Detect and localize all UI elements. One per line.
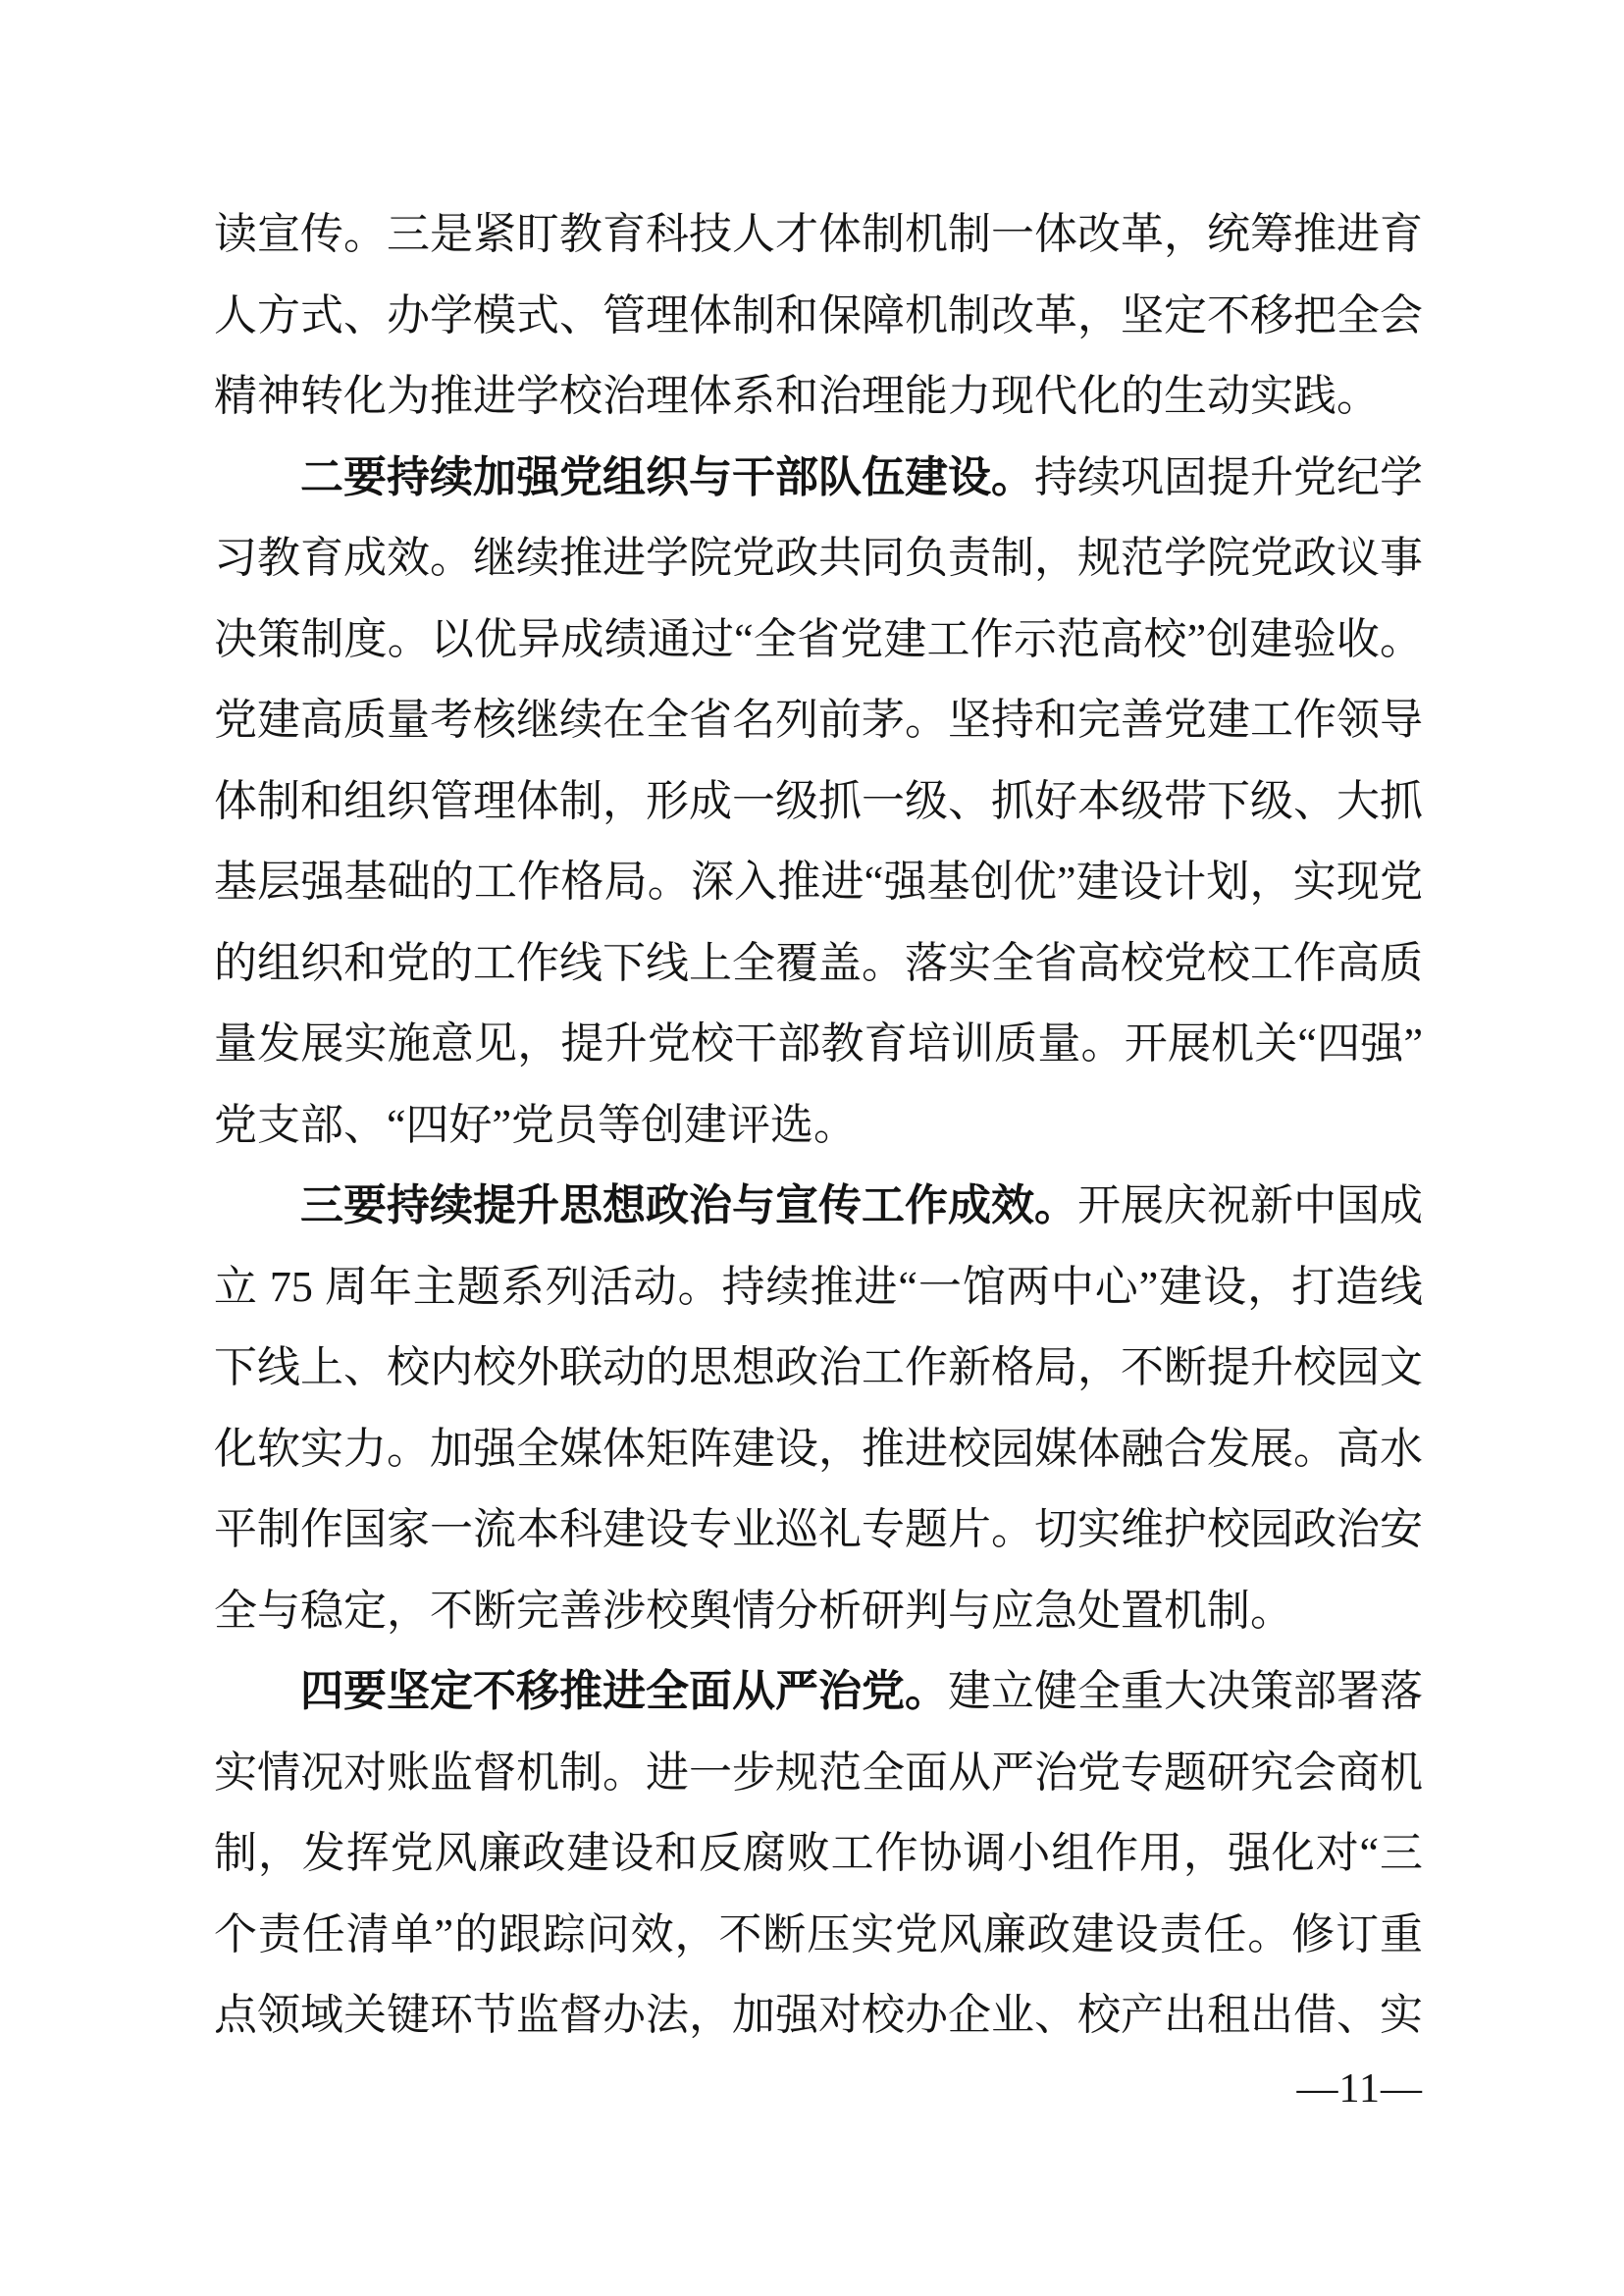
line-text: 持续巩固提升党纪学 — [1034, 453, 1423, 501]
line-text: 习教育成效。继续推进学院党政共同负责制，规范学院党政议事 — [214, 534, 1423, 582]
text-line: 全与稳定，不断完善涉校舆情分析研判与应急处置机制。 — [214, 1571, 1423, 1652]
line-text: 制，发挥党风廉政建设和反腐败工作协调小组作用，强化对“三 — [214, 1829, 1423, 1877]
text-line: 党支部、“四好”党员等创建评选。 — [214, 1085, 1423, 1167]
paragraph-lead-bold: 四要坚定不移推进全面从严治党。 — [300, 1667, 948, 1715]
line-text: 党建高质量考核继续在全省名列前茅。坚持和完善党建工作领导 — [214, 696, 1423, 744]
text-line: 的组织和党的工作线下线上全覆盖。落实全省高校党校工作高质 — [214, 923, 1423, 1005]
line-text: 全与稳定，不断完善涉校舆情分析研判与应急处置机制。 — [214, 1587, 1293, 1635]
text-line: 制，发挥党风廉政建设和反腐败工作协调小组作用，强化对“三 — [214, 1813, 1423, 1895]
text-line: 二要持续加强党组织与干部队伍建设。持续巩固提升党纪学 — [214, 438, 1423, 519]
text-line: 实情况对账监督机制。进一步规范全面从严治党专题研究会商机 — [214, 1733, 1423, 1814]
line-text: 党支部、“四好”党员等创建评选。 — [214, 1101, 857, 1149]
text-line: 点领域关键环节监督办法，加强对校办企业、校产出租出借、实 — [214, 1975, 1423, 2057]
line-text: 建立健全重大决策部署落 — [948, 1667, 1423, 1715]
line-text: 量发展实施意见，提升党校干部教育培训质量。开展机关“四强” — [214, 1019, 1423, 1068]
text-line: 体制和组织管理体制，形成一级抓一级、抓好本级带下级、大抓 — [214, 761, 1423, 843]
line-text: 开展庆祝新中国成 — [1077, 1181, 1423, 1229]
document-body: 读宣传。三是紧盯教育科技人才体制机制一体改革，统筹推进育人方式、办学模式、管理体… — [214, 194, 1423, 2057]
text-line: 四要坚定不移推进全面从严治党。建立健全重大决策部署落 — [214, 1651, 1423, 1733]
text-line: 决策制度。以优异成绩通过“全省党建工作示范高校”创建验收。 — [214, 600, 1423, 681]
text-line: 立 75 周年主题系列活动。持续推进“一馆两中心”建设，打造线 — [214, 1247, 1423, 1329]
line-text: 体制和组织管理体制，形成一级抓一级、抓好本级带下级、大抓 — [214, 777, 1423, 825]
line-text: 决策制度。以优异成绩通过“全省党建工作示范高校”创建验收。 — [214, 615, 1423, 663]
line-text: 下线上、校内校外联动的思想政治工作新格局，不断提升校园文 — [214, 1343, 1423, 1391]
text-line: 平制作国家一流本科建设专业巡礼专题片。切实维护校园政治安 — [214, 1489, 1423, 1571]
line-text: 的组织和党的工作线下线上全覆盖。落实全省高校党校工作高质 — [214, 939, 1423, 987]
paragraph-lead-bold: 三要持续提升思想政治与宣传工作成效。 — [300, 1181, 1077, 1229]
line-text: 点领域关键环节监督办法，加强对校办企业、校产出租出借、实 — [214, 1991, 1423, 2039]
text-line: 党建高质量考核继续在全省名列前茅。坚持和完善党建工作领导 — [214, 680, 1423, 761]
text-line: 习教育成效。继续推进学院党政共同负责制，规范学院党政议事 — [214, 518, 1423, 600]
line-text: 平制作国家一流本科建设专业巡礼专题片。切实维护校园政治安 — [214, 1505, 1423, 1553]
text-line: 量发展实施意见，提升党校干部教育培训质量。开展机关“四强” — [214, 1004, 1423, 1085]
line-text: 人方式、办学模式、管理体制和保障机制改革，坚定不移把全会 — [214, 291, 1423, 339]
text-line: 个责任清单”的跟踪问效，不断压实党风廉政建设责任。修订重 — [214, 1895, 1423, 1976]
line-text: 个责任清单”的跟踪问效，不断压实党风廉政建设责任。修订重 — [214, 1910, 1423, 1958]
line-text: 读宣传。三是紧盯教育科技人才体制机制一体改革，统筹推进育 — [214, 210, 1423, 258]
line-text: 立 75 周年主题系列活动。持续推进“一馆两中心”建设，打造线 — [214, 1263, 1423, 1311]
text-line: 三要持续提升思想政治与宣传工作成效。开展庆祝新中国成 — [214, 1166, 1423, 1247]
text-line: 基层强基础的工作格局。深入推进“强基创优”建设计划，实现党 — [214, 842, 1423, 923]
document-page: 读宣传。三是紧盯教育科技人才体制机制一体改革，统筹推进育人方式、办学模式、管理体… — [0, 0, 1624, 2296]
line-text: 精神转化为推进学校治理体系和治理能力现代化的生动实践。 — [214, 372, 1380, 420]
text-line: 精神转化为推进学校治理体系和治理能力现代化的生动实践。 — [214, 356, 1423, 438]
line-text: 基层强基础的工作格局。深入推进“强基创优”建设计划，实现党 — [214, 858, 1423, 906]
paragraph-lead-bold: 二要持续加强党组织与干部队伍建设。 — [300, 453, 1034, 501]
text-line: 人方式、办学模式、管理体制和保障机制改革，坚定不移把全会 — [214, 276, 1423, 357]
line-text: 化软实力。加强全媒体矩阵建设，推进校园媒体融合发展。高水 — [214, 1425, 1423, 1473]
text-line: 读宣传。三是紧盯教育科技人才体制机制一体改革，统筹推进育 — [214, 194, 1423, 276]
text-line: 下线上、校内校外联动的思想政治工作新格局，不断提升校园文 — [214, 1328, 1423, 1409]
page-number: —11— — [214, 2064, 1423, 2113]
line-text: 实情况对账监督机制。进一步规范全面从严治党专题研究会商机 — [214, 1748, 1423, 1797]
text-line: 化软实力。加强全媒体矩阵建设，推进校园媒体融合发展。高水 — [214, 1409, 1423, 1490]
